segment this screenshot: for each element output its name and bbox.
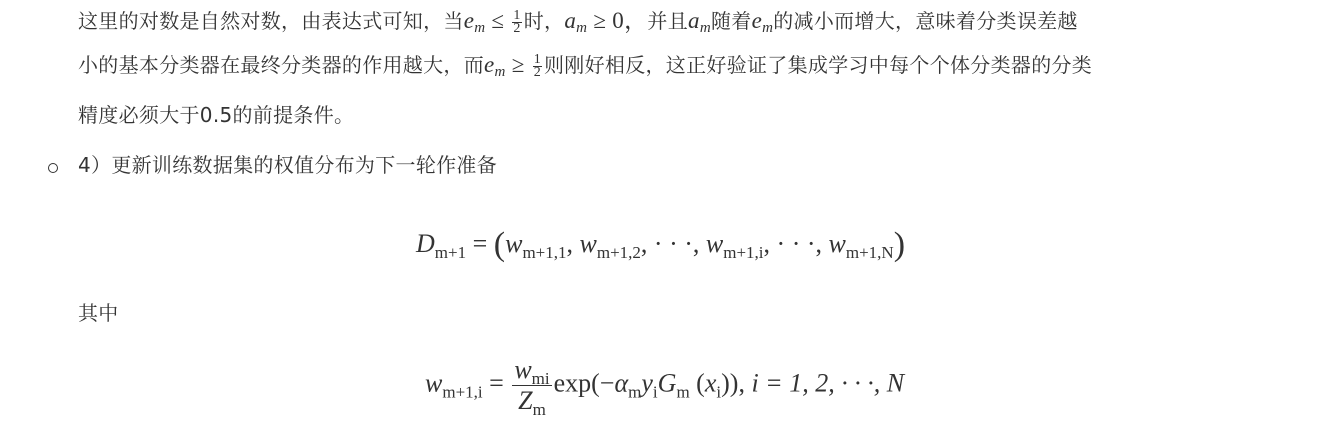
math-a-m: am xyxy=(688,8,711,33)
fraction: wmiZm xyxy=(512,355,551,416)
paragraph-line-1: 这里的对数是自然对数，由表达式可知，当em ≤ 12时，am ≥ 0，并且am随… xyxy=(78,2,1078,40)
math-a-m: am xyxy=(564,8,587,33)
paragraph-line-3: 精度必须大于0.5的前提条件。 xyxy=(78,96,354,134)
text: 随着 xyxy=(711,9,752,33)
text: 这里的对数是自然对数，由表达式可知，当 xyxy=(78,9,464,33)
math-geq: ≥ xyxy=(506,52,531,77)
circle-bullet-icon xyxy=(48,163,58,173)
text: 的减小而增大，意味着分类误差越 xyxy=(773,9,1078,33)
fraction-half: 12 xyxy=(512,10,521,35)
text: 小的基本分类器在最终分类器的作用越大，而 xyxy=(78,53,484,77)
paragraph-line-2: 小的基本分类器在最终分类器的作用越大，而em ≥ 12则刚好相反，这正好验证了集… xyxy=(78,46,1092,84)
math-geq-zero: ≥ 0， xyxy=(587,8,647,33)
math-e-m: em xyxy=(484,52,506,77)
fraction-half: 12 xyxy=(533,54,542,79)
math-leq: ≤ xyxy=(485,8,510,33)
text: 时， xyxy=(524,9,565,33)
equation-distribution: Dm+1 = (wm+1,1, wm+1,2, · · ·, wm+1,i, ·… xyxy=(416,226,905,264)
label-qizhong: 其中 xyxy=(78,294,119,332)
math-e-m: em xyxy=(464,8,486,33)
math-e-m: em xyxy=(752,8,774,33)
equation-weight-update: wm+1,i = wmiZmexp(−αmyiGm (xi)), i = 1, … xyxy=(425,355,904,416)
text: 则刚好相反，这正好验证了集成学习中每个个体分类器的分类 xyxy=(544,53,1092,77)
text: 并且 xyxy=(647,9,688,33)
list-item-4: 4）更新训练数据集的权值分布为下一轮作准备 xyxy=(78,146,497,184)
